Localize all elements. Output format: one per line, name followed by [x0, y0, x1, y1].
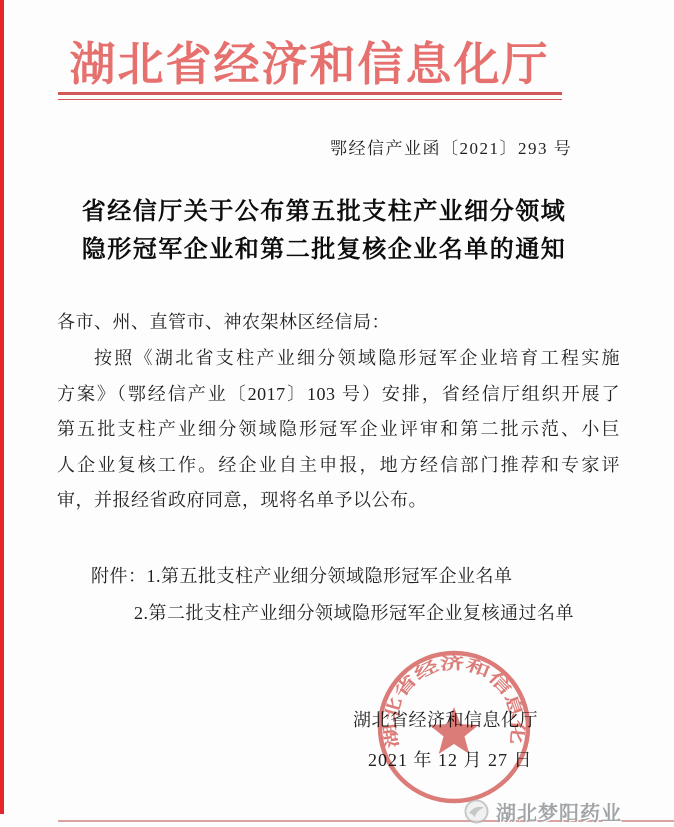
document-page: 湖北省经济和信息化厅 鄂经信产业函〔2021〕293 号 省经信厅关于公布第五批…	[0, 0, 674, 827]
body-paragraph: 按照《湖北省支柱产业细分领域隐形冠军企业培育工程实施 方案》（鄂经信产业〔201…	[57, 341, 620, 519]
body-line: 按照《湖北省支柱产业细分领域隐形冠军企业培育工程实施	[57, 341, 620, 377]
document-title-line2: 隐形冠军企业和第二批复核企业名单的通知	[0, 231, 648, 269]
body-line: 方案》（鄂经信产业〔2017〕103 号）安排，省经信厅组织开展了	[57, 377, 620, 413]
masthead-rule-thick	[58, 92, 562, 95]
scan-left-red-border	[0, 0, 4, 814]
watermark-text: 湖北梦阳药业	[496, 797, 622, 826]
document-title-line1: 省经信厅关于公布第五批支柱产业细分领域	[0, 193, 648, 231]
attachment-line-1: 附件：1.第五批支柱产业细分领域隐形冠军企业名单	[91, 562, 513, 588]
masthead-rule-thin	[58, 99, 562, 100]
document-number: 鄂经信产业函〔2021〕293 号	[330, 134, 572, 159]
body-line: 人企业复核工作。经企业自主申报，地方经信部门推荐和专家评	[57, 448, 620, 484]
official-seal: 湖北省经济和信息化厅	[366, 639, 542, 815]
agency-masthead: 湖北省经济和信息化厅	[57, 28, 562, 94]
salutation: 各市、州、直管市、神农架林区经信局：	[57, 308, 390, 334]
document-title: 省经信厅关于公布第五批支柱产业细分领域 隐形冠军企业和第二批复核企业名单的通知	[0, 193, 648, 269]
body-line: 审，并报经省政府同意，现将名单予以公布。	[57, 483, 620, 519]
seal-star-icon	[429, 707, 478, 754]
watermark-logo-icon	[464, 799, 489, 824]
body-line: 第五批支柱产业细分领域隐形冠军企业评审和第二批示范、小巨	[57, 412, 620, 448]
attachment-line-2: 2.第二批支柱产业细分领域隐形冠军企业复核通过名单	[134, 599, 574, 625]
publisher-watermark: 湖北梦阳药业	[464, 798, 622, 824]
